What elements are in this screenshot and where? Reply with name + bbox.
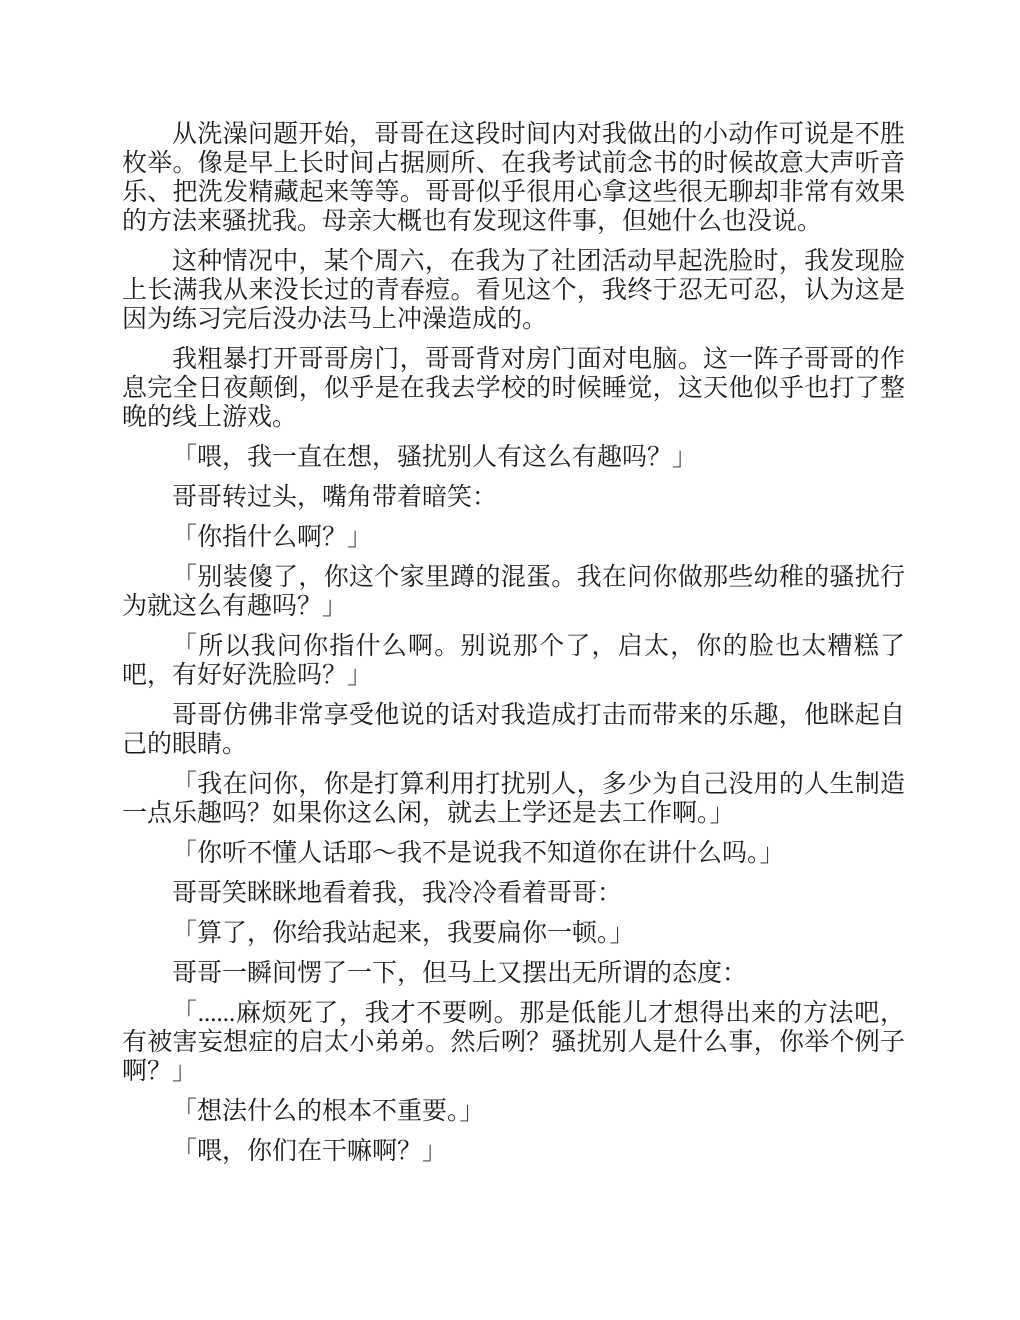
dialogue-paragraph: 「所以我问你指什么啊。别说那个了，启太，你的脸也太糟糕了吧，有好好洗脸吗？」 (122, 632, 905, 690)
narration-paragraph: 哥哥笑眯眯地看着我，我冷冷看着哥哥： (122, 879, 905, 908)
narration-paragraph: 这种情况中，某个周六，在我为了社团活动早起洗脸时，我发现脸上长满我从来没长过的青… (122, 247, 905, 334)
dialogue-paragraph: 「你指什么啊？」 (122, 523, 905, 552)
dialogue-paragraph: 「......麻烦死了，我才不要咧。那是低能儿才想得出来的方法吧，有被害妄想症的… (122, 999, 905, 1086)
dialogue-paragraph: 「想法什么的根本不重要。」 (122, 1097, 905, 1126)
dialogue-paragraph: 「喂，你们在干嘛啊？」 (122, 1137, 905, 1166)
dialogue-paragraph: 「你听不懂人话耶～我不是说我不知道你在讲什么吗。」 (122, 839, 905, 868)
narration-paragraph: 从洗澡问题开始，哥哥在这段时间内对我做出的小动作可说是不胜枚举。像是早上长时间占… (122, 120, 905, 236)
dialogue-paragraph: 「算了，你给我站起来，我要扁你一顿。」 (122, 919, 905, 948)
dialogue-paragraph: 「喂，我一直在想，骚扰别人有这么有趣吗？」 (122, 443, 905, 472)
narration-paragraph: 哥哥转过头，嘴角带着暗笑： (122, 483, 905, 512)
narration-paragraph: 我粗暴打开哥哥房门，哥哥背对房门面对电脑。这一阵子哥哥的作息完全日夜颠倒，似乎是… (122, 345, 905, 432)
narration-paragraph: 哥哥一瞬间愣了一下，但马上又摆出无所谓的态度： (122, 959, 905, 988)
dialogue-paragraph: 「我在问你，你是打算利用打扰别人，多少为自己没用的人生制造一点乐趣吗？如果你这么… (122, 770, 905, 828)
document-page: 从洗澡问题开始，哥哥在这段时间内对我做出的小动作可说是不胜枚举。像是早上长时间占… (0, 0, 1020, 1320)
dialogue-paragraph: 「别装傻了，你这个家里蹲的混蛋。我在问你做那些幼稚的骚扰行为就这么有趣吗？」 (122, 563, 905, 621)
narration-paragraph: 哥哥仿佛非常享受他说的话对我造成打击而带来的乐趣，他眯起自己的眼睛。 (122, 701, 905, 759)
